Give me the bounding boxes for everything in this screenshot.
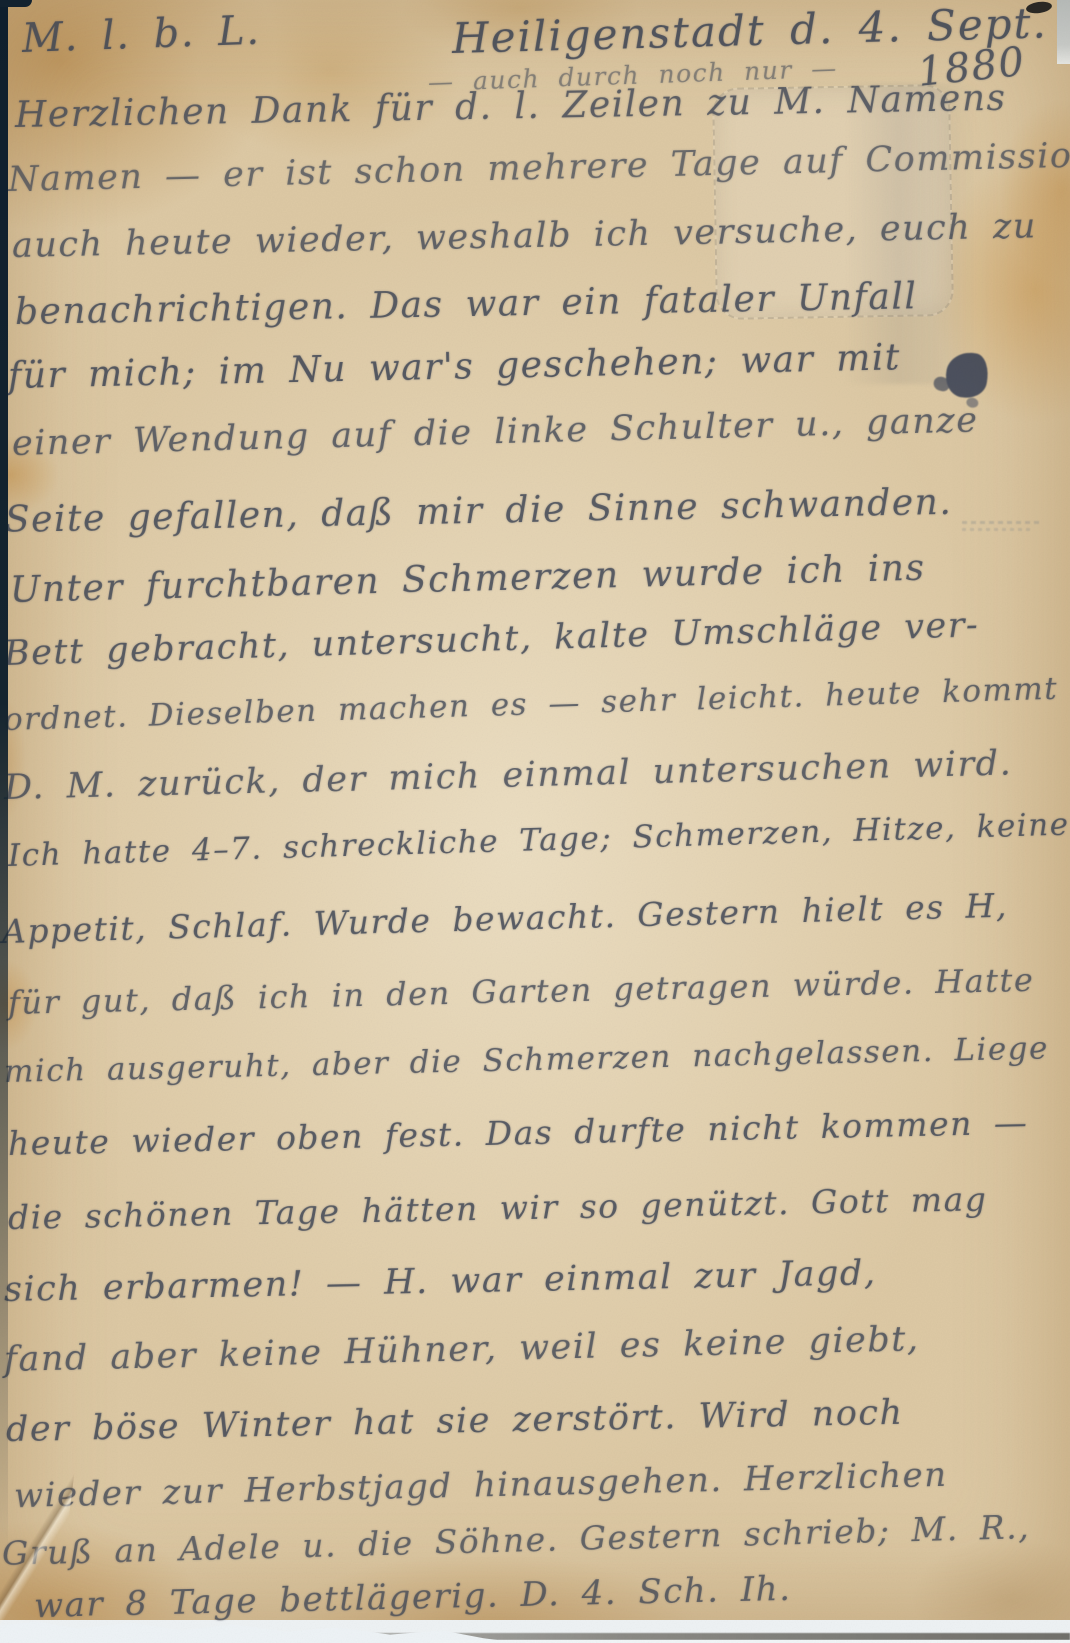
- handwriting-line: Ich hatte 4–7. schreckliche Tage; Schmer…: [7, 806, 1070, 874]
- handwriting-line: der böse Winter hat sie zerstört. Wird n…: [6, 1393, 904, 1450]
- faint-print-fragment: [962, 521, 1040, 533]
- handwriting-line: sich erbarmen! — H. war einmal zur Jagd,: [4, 1253, 877, 1310]
- handwriting-line: Unter furchtbaren Schmerzen wurde ich in…: [9, 548, 925, 611]
- handwriting-line: Appetit, Schlaf. Wurde bewacht. Gestern …: [1, 886, 1008, 951]
- handwriting-line: war 8 Tage bettlägerig. D. 4. Sch. Ih.: [34, 1569, 792, 1626]
- handwriting-line: die schönen Tage hätten wir so genützt. …: [8, 1179, 988, 1237]
- handwriting-line: mich ausgeruht, aber die Schmerzen nachg…: [4, 1030, 1050, 1090]
- handwriting-line: einer Wendung auf die linke Schulter u.,…: [12, 400, 979, 464]
- handwriting-line: wieder zur Herbstjagd hinausgehen. Herzl…: [14, 1455, 948, 1516]
- handwriting-line: Bett gebracht, untersucht, kalte Umschlä…: [3, 605, 979, 674]
- handwriting-line: für gut, daß ich in den Garten getragen …: [8, 961, 1035, 1022]
- letter-page: M. l. b. L. Heiligenstadt d. 4. Sept. — …: [0, 0, 1070, 1620]
- handwriting-line: Gruß an Adele u. die Söhne. Gestern schr…: [1, 1507, 1030, 1573]
- salutation: M. l. b. L.: [21, 8, 261, 62]
- handwriting-line: für mich; im Nu war's geschehen; war mit: [8, 337, 902, 397]
- scan-border-left: [0, 0, 8, 1560]
- scan-border-top: [0, 0, 32, 7]
- handwriting-line: benachrichtigen. Das war ein fataler Unf…: [15, 276, 918, 333]
- scanned-letter: M. l. b. L. Heiligenstadt d. 4. Sept. — …: [0, 0, 1070, 1643]
- handwriting-line: ordnet. Dieselben machen es — sehr leich…: [3, 671, 1058, 738]
- scan-corner-topright: [1057, 0, 1070, 64]
- handwriting-line: Seite gefallen, daß mir die Sinne schwan…: [5, 482, 953, 541]
- handwriting-line: heute wieder oben fest. Das durfte nicht…: [8, 1103, 1029, 1163]
- handwriting-line: fand aber keine Hühner, weil es keine gi…: [4, 1319, 920, 1380]
- handwriting-line: D. M. zurück, der mich einmal untersuche…: [4, 743, 1013, 808]
